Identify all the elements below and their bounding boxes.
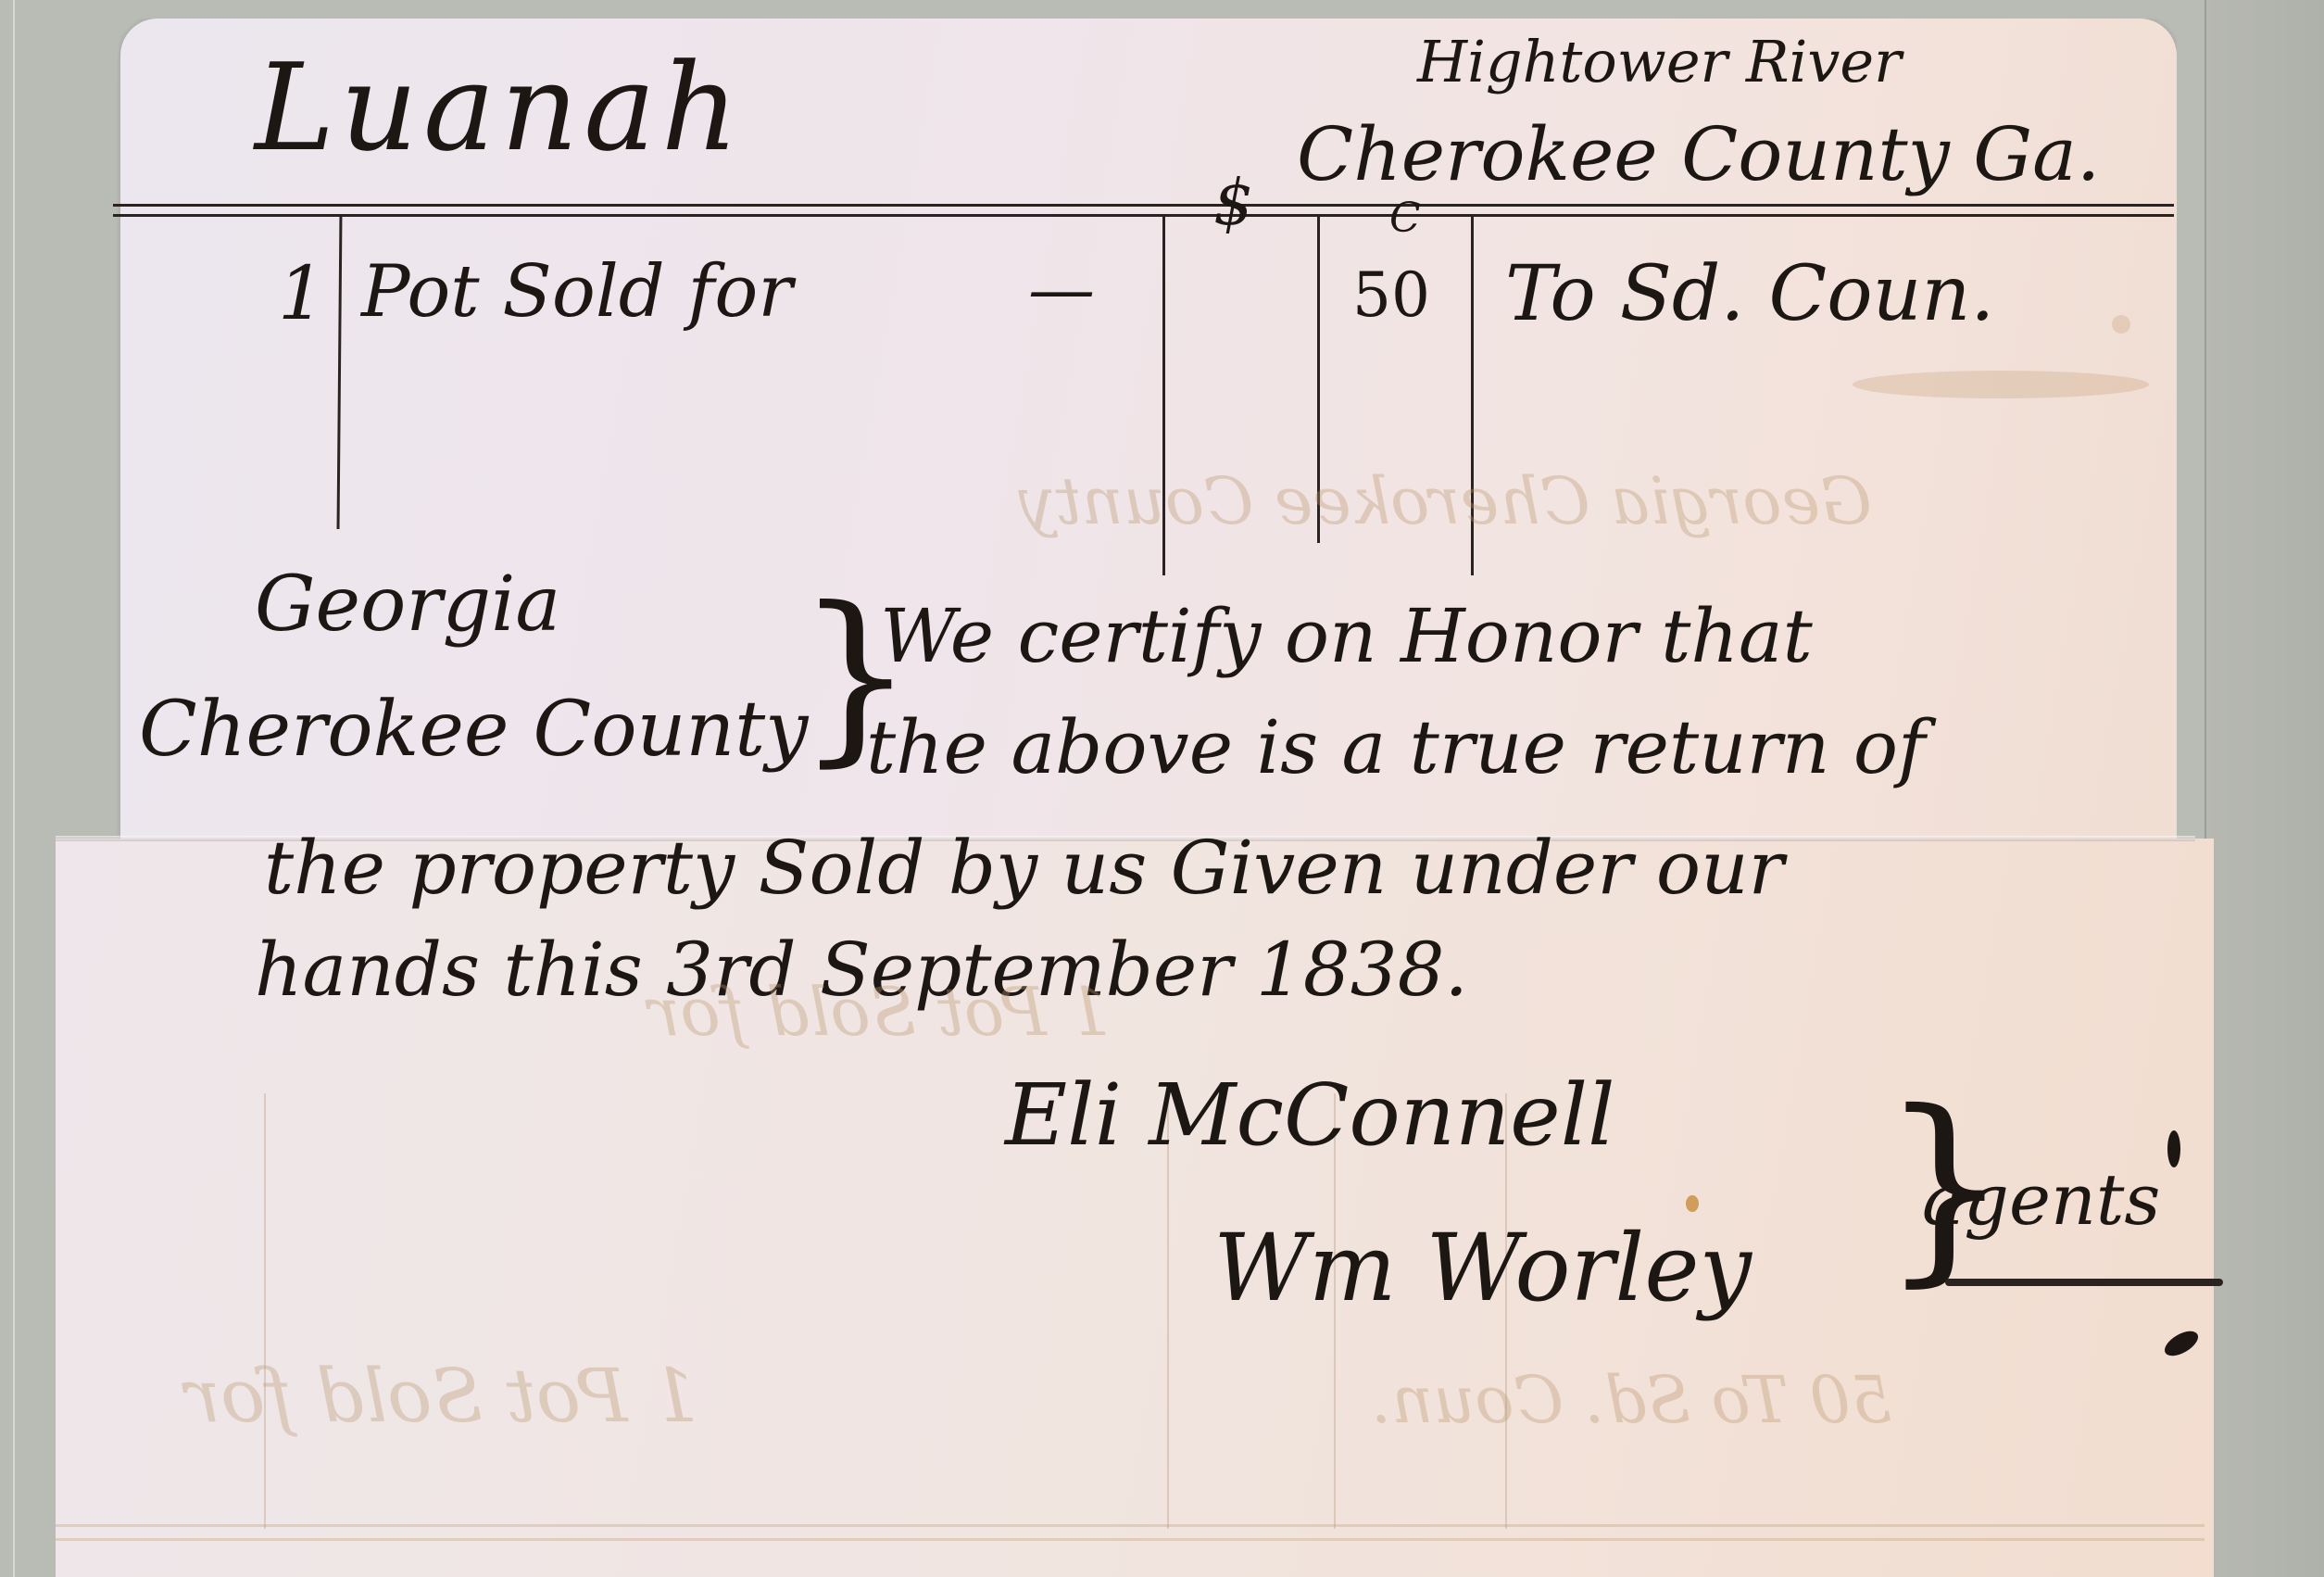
dollar-column-symbol: $ (1213, 167, 1253, 240)
cents-column-symbol: C (1389, 195, 1421, 242)
bleed-rule (56, 1538, 2205, 1541)
backdrop-right (2205, 0, 2324, 1577)
paper-stain (1686, 1195, 1699, 1212)
header-rule-bottom (113, 214, 2174, 217)
bleed-column-line (264, 1093, 266, 1529)
certification-line-1: We certify on Honor that (880, 593, 1813, 679)
bleed-rule (56, 1524, 2205, 1527)
bleed-through-text: 50 To Sd. Coun. (1371, 1362, 1891, 1438)
certification-state: Georgia (255, 561, 560, 649)
entry-cents: 50 (1352, 259, 1430, 331)
entry-dash: — (1028, 250, 1095, 328)
location-line-2: Cherokee County Ga. (1297, 111, 2100, 197)
certification-line-3: the property Sold by us Given under our (264, 825, 1784, 911)
entry-description: Pot Sold for (361, 250, 793, 334)
paper-stain (1853, 371, 2149, 398)
signature-wm-worley: Wm Worley (1213, 1214, 1752, 1322)
role-underline (1945, 1279, 2223, 1286)
certification-county: Cherokee County (139, 686, 808, 774)
paper-stain (2112, 315, 2130, 334)
entry-remarks: To Sd. Coun. (1505, 250, 1994, 338)
bleed-through-text: Georgia Cherokee County (1019, 463, 1872, 539)
signatures-role: agents (1922, 1158, 2160, 1241)
bleed-through-text: 1 Pot Sold for (648, 973, 1110, 1051)
header-rule-top (113, 204, 2174, 207)
location-line-1: Hightower River (1417, 28, 1902, 95)
entry-quantity: 1 (278, 250, 325, 336)
ink-blot (2167, 1130, 2180, 1167)
signature-eli-mcconnell: Eli McConnell (1005, 1066, 1615, 1165)
backdrop-edge (13, 0, 15, 1577)
bleed-through-text: 1 Pot Sold for (185, 1353, 698, 1439)
ledger-name: Luanah (255, 37, 745, 178)
certification-line-2: the above is a true return of (866, 704, 1926, 790)
